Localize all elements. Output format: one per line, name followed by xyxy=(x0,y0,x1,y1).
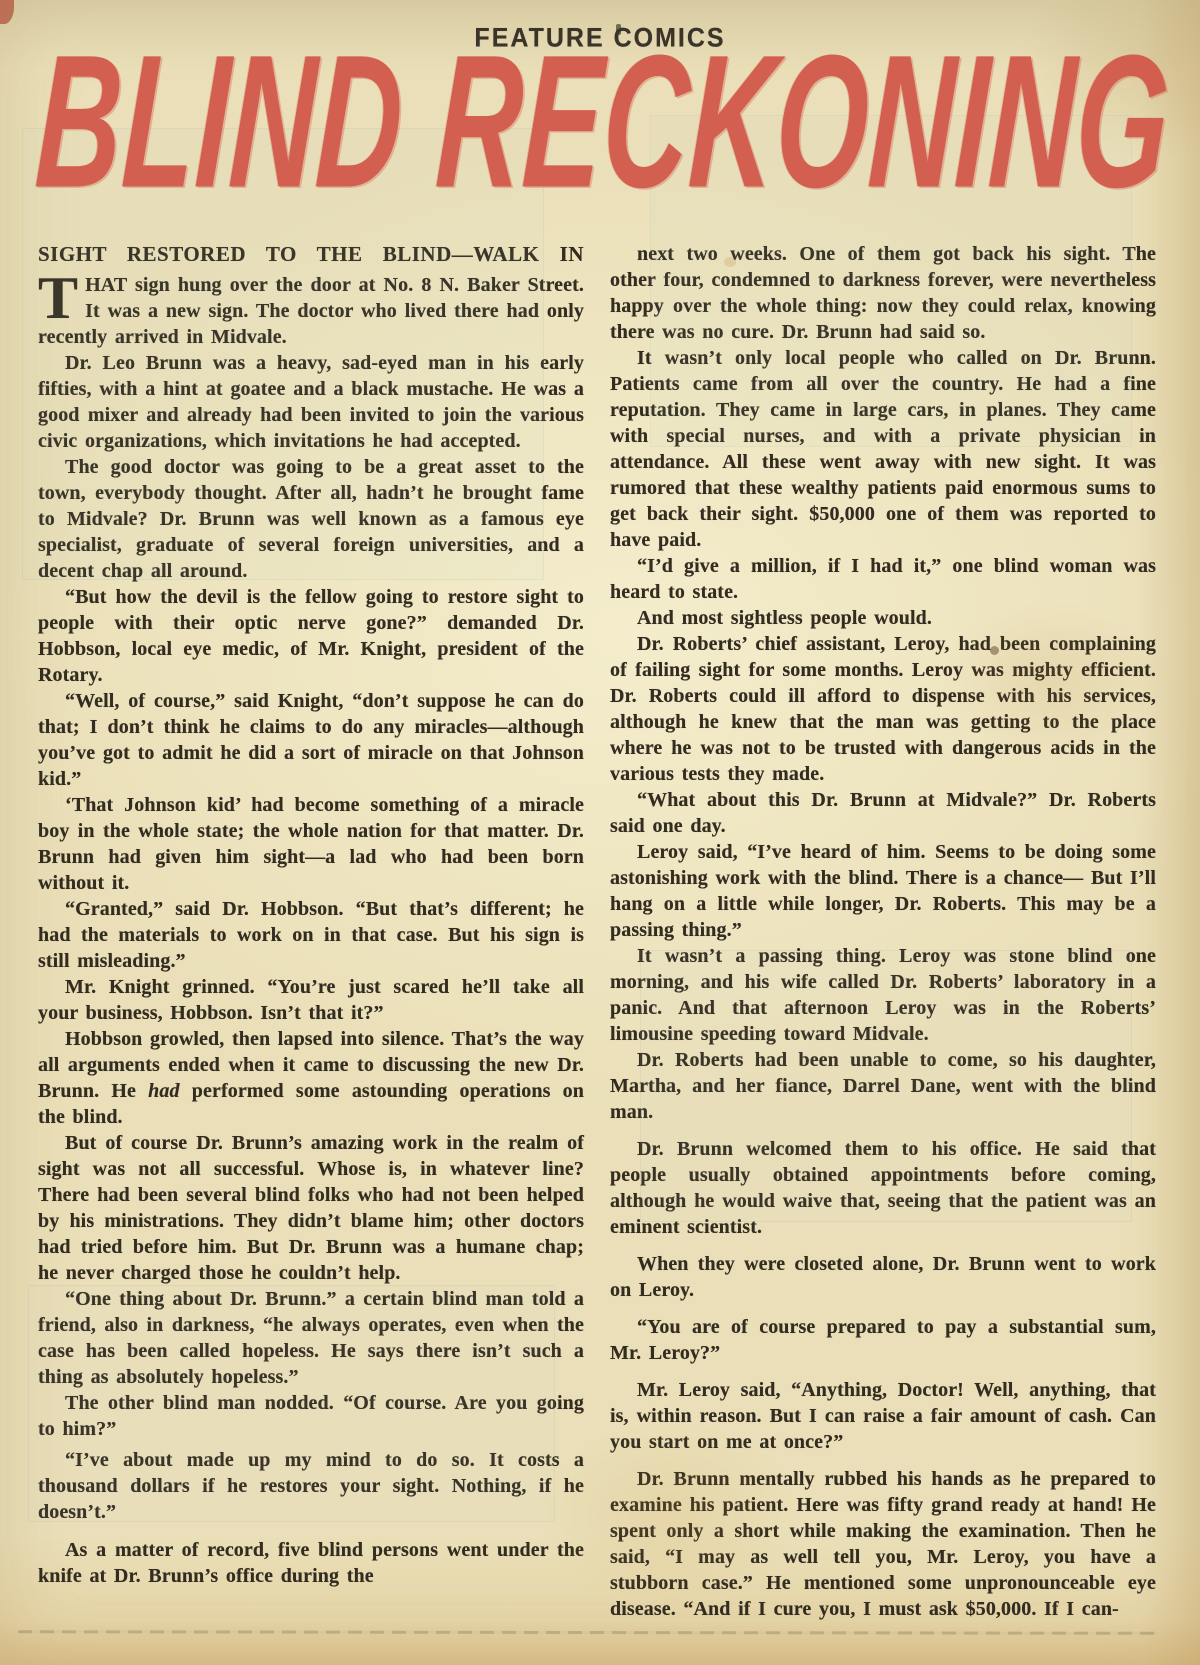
story-paragraph: Leroy said, “I’ve heard of him. Seems to… xyxy=(610,839,1156,943)
story-paragraph: “What about this Dr. Brunn at Midvale?” … xyxy=(610,787,1156,839)
show-through-patch xyxy=(28,1285,555,1522)
story-title-area: BLIND RECKONING xyxy=(0,55,1200,223)
right-paragraph-list: next two weeks. One of them got back his… xyxy=(610,241,1156,1622)
story-paragraph: Dr. Brunn mentally rubbed his hands as h… xyxy=(610,1466,1156,1622)
story-paragraph: But of course Dr. Brunn’s amazing work i… xyxy=(38,1130,584,1286)
story-paragraph: And most sightless people would. xyxy=(610,605,1156,631)
story-paragraph: When they were closeted alone, Dr. Brunn… xyxy=(610,1251,1156,1303)
story-paragraph: Dr. Roberts’ chief assistant, Leroy, had… xyxy=(610,631,1156,787)
ink-speck xyxy=(724,257,736,267)
story-paragraph: “You are of course prepared to pay a sub… xyxy=(610,1314,1156,1366)
show-through-patch xyxy=(640,950,1132,1222)
story-paragraph: Mr. Knight grinned. “You’re just scared … xyxy=(38,974,584,1026)
story-paragraph: “I’d give a million, if I had it,” one b… xyxy=(610,553,1156,605)
story-paragraph: “Well, of course,” said Knight, “don’t s… xyxy=(38,688,584,792)
right-column: next two weeks. One of them got back his… xyxy=(610,241,1156,1622)
story-title: BLIND RECKONING xyxy=(32,12,1174,230)
story-paragraph: As a matter of record, five blind person… xyxy=(38,1537,584,1589)
ink-speck xyxy=(990,646,999,655)
comic-text-page: FEATURE COMICS BLIND RECKONING SIGHT RES… xyxy=(0,0,1200,1665)
story-paragraph: “But how the devil is the fellow going t… xyxy=(38,584,584,688)
masthead: FEATURE COMICS BLIND RECKONING xyxy=(0,0,1200,223)
story-paragraph: Hobbson growled, then lapsed into silenc… xyxy=(38,1026,584,1130)
show-through-text-line xyxy=(18,1630,1158,1635)
story-paragraph: ‘That Johnson kid’ had become something … xyxy=(38,792,584,896)
story-paragraph: “Granted,” said Dr. Hobbson. “But that’s… xyxy=(38,896,584,974)
story-paragraph: Mr. Leroy said, “Anything, Doctor! Well,… xyxy=(610,1377,1156,1455)
